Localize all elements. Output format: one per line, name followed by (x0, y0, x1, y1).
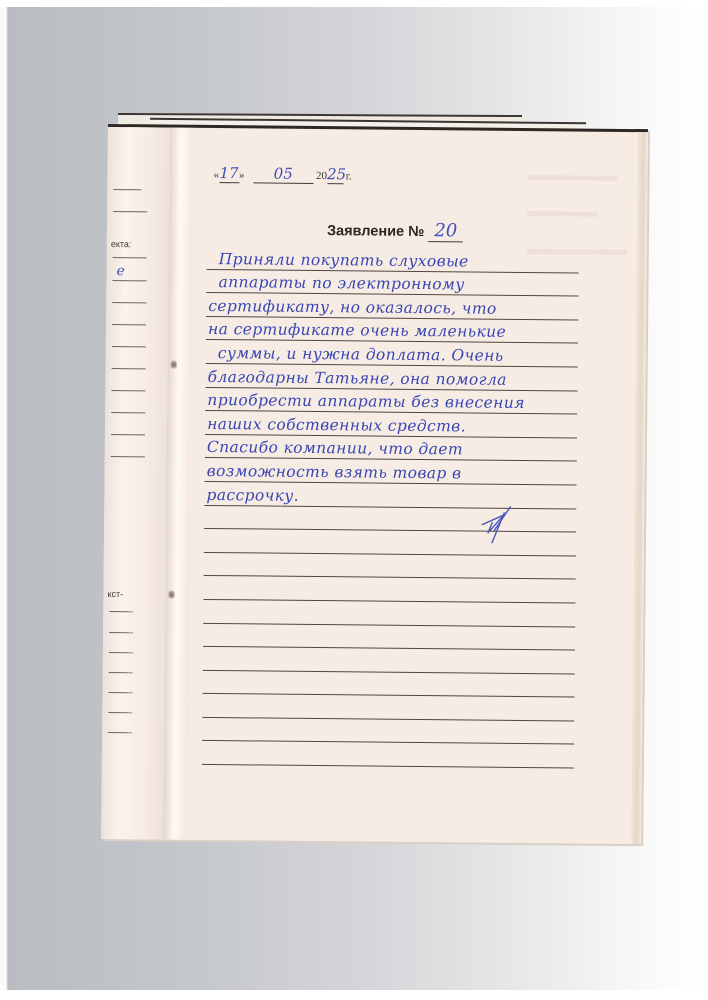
left-page-label: екта: (111, 239, 132, 249)
staple-hole (168, 590, 174, 600)
ruled-writing-area: Приняли покупать слуховыеаппараты по эле… (202, 246, 579, 769)
handwritten-text: рассрочку. (206, 485, 299, 504)
booklet: екта: е кст- «17» 05 2025 г. Заявление №… (101, 124, 648, 844)
left-rule (113, 189, 141, 191)
handwritten-line: рассрочку. (204, 482, 576, 509)
empty-ruled-line (203, 576, 575, 603)
handwritten-line: сертификату, но оказалось, что (206, 293, 578, 320)
left-page-label: кст- (107, 589, 123, 599)
left-rule (112, 346, 146, 348)
empty-ruled-line (204, 553, 576, 580)
scan-border-bottom (0, 990, 708, 1000)
left-rule (109, 692, 133, 694)
handwritten-text: на сертификате очень маленькие (208, 320, 506, 341)
scan-border-top (0, 0, 708, 7)
empty-ruled-line (204, 529, 576, 556)
date-year-suffix: 25 (327, 165, 343, 184)
empty-ruled-line (204, 505, 576, 532)
empty-ruled-line (203, 600, 575, 627)
left-rule (112, 368, 146, 370)
handwritten-line: приобрести аппараты без внесения (205, 388, 577, 415)
document-title: Заявление № 20 (327, 219, 463, 241)
left-rule (112, 302, 146, 304)
date-year-mark: г. (346, 170, 352, 182)
empty-ruled-line (203, 671, 575, 698)
left-rule (111, 390, 145, 392)
page-stack-edge (631, 132, 648, 844)
empty-ruled-line (203, 623, 575, 650)
date-field: «17» 05 2025 г. (213, 164, 351, 184)
handwritten-text: аппараты по электронному (218, 273, 464, 293)
empty-ruled-line (202, 718, 574, 745)
left-rule (109, 632, 133, 634)
left-rule (111, 456, 145, 458)
left-rule (111, 434, 145, 436)
left-rule (109, 611, 133, 613)
bleed-through-text (527, 211, 597, 217)
left-rule (108, 732, 132, 734)
left-rule (112, 280, 146, 282)
handwritten-text: Спасибо компании, что дает (207, 438, 463, 458)
handwritten-line: суммы, и нужна доплата. Очень (206, 340, 578, 367)
empty-ruled-line (202, 694, 574, 721)
handwritten-line: аппараты по электронному (206, 270, 578, 297)
handwritten-text: благодарны Татьяне, она помогла (207, 368, 506, 389)
handwritten-text: Приняли покупать слуховые (219, 250, 469, 270)
signature (474, 503, 518, 545)
date-quote-close: » (239, 169, 245, 181)
handwritten-line: на сертификате очень маленькие (206, 317, 578, 344)
left-handwriting: е (117, 263, 125, 279)
date-day: 17 (219, 164, 239, 183)
handwritten-text: суммы, и нужна доплата. Очень (218, 344, 504, 365)
handwritten-text: наших собственных средств. (207, 415, 466, 435)
date-month: 05 (253, 164, 313, 184)
bleed-through-text (527, 175, 617, 181)
left-rule (108, 712, 132, 714)
handwritten-line: возможность взять товар в (205, 458, 577, 485)
left-rule (111, 412, 145, 414)
handwritten-line: Спасибо компании, что дает (205, 435, 577, 462)
handwritten-line: Приняли покупать слуховые (207, 246, 579, 273)
application-number: 20 (428, 220, 463, 242)
date-year-prefix: 20 (316, 170, 327, 182)
staple-hole (171, 360, 177, 370)
handwritten-text: возможность взять товар в (207, 462, 462, 482)
handwritten-line: наших собственных средств. (205, 411, 577, 438)
handwritten-line: благодарны Татьяне, она помогла (205, 364, 577, 391)
handwritten-text: сертификату, но оказалось, что (208, 297, 497, 318)
left-rule (113, 257, 147, 259)
left-rule (113, 211, 147, 213)
empty-ruled-line (202, 741, 574, 768)
left-rule (109, 672, 133, 674)
title-label: Заявление № (327, 223, 425, 240)
handwritten-text: приобрести аппараты без внесения (207, 391, 525, 412)
left-rule (112, 324, 146, 326)
left-rule (109, 652, 133, 654)
empty-ruled-line (203, 647, 575, 674)
